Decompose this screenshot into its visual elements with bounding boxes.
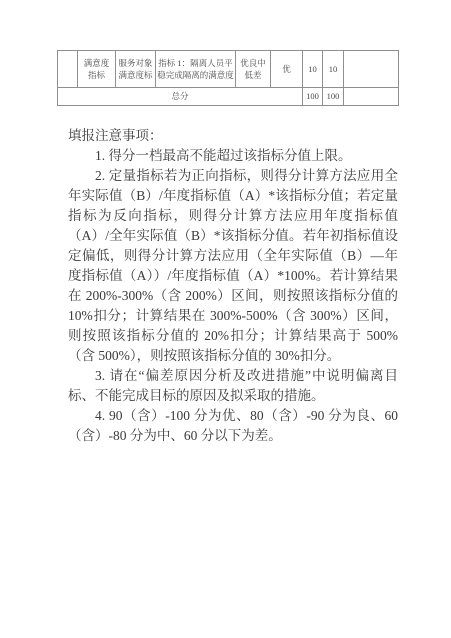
table-cell-indicator-category: 满意度 指标 [78,51,116,88]
table-cell-indicator-sub: 服务对象 满意度标 [116,51,156,88]
table-cell-total-blank [344,88,399,106]
table-cell-grade: 优 [271,51,303,88]
note-item-4: 4. 90（含）-100 分为优、80（含）-90 分为良、60（含）-80 分… [68,406,398,446]
table-cell-blank-left [58,51,78,88]
table-cell-grade-scale: 优良中 低差 [236,51,271,88]
table-row-indicator: 满意度 指标 服务对象 满意度标 指标 1：隔离人员平 稳完成隔离的满意度 优良… [58,51,399,88]
notes-section: 填报注意事项： 1. 得分一档最高不能超过该指标分值上限。 2. 定量指标若为正… [68,126,398,446]
notes-heading: 填报注意事项： [68,126,398,146]
table-cell-blank-right [344,51,399,88]
score-table: 满意度 指标 服务对象 满意度标 指标 1：隔离人员平 稳完成隔离的满意度 优良… [57,50,399,106]
document-page: 满意度 指标 服务对象 满意度标 指标 1：隔离人员平 稳完成隔离的满意度 优良… [0,0,451,638]
note-item-2: 2. 定量指标若为正向指标，则得分计算方法应用全年实际值（B）/年度指标值（A）… [68,166,398,366]
table-cell-total-value: 100 [303,88,323,106]
note-item-3: 3. 请在“偏差原因分析及改进措施”中说明偏离目标、不能完成目标的原因及拟采取的… [68,366,398,406]
table-cell-total-label: 总分 [58,88,303,106]
table-row-total: 总分 100 100 [58,88,399,106]
table-cell-total-actual: 100 [323,88,344,106]
table-cell-score-value: 10 [303,51,323,88]
table-cell-score-actual: 10 [323,51,344,88]
note-item-1: 1. 得分一档最高不能超过该指标分值上限。 [68,146,398,166]
table-cell-indicator-detail: 指标 1：隔离人员平 稳完成隔离的满意度 [156,51,236,88]
